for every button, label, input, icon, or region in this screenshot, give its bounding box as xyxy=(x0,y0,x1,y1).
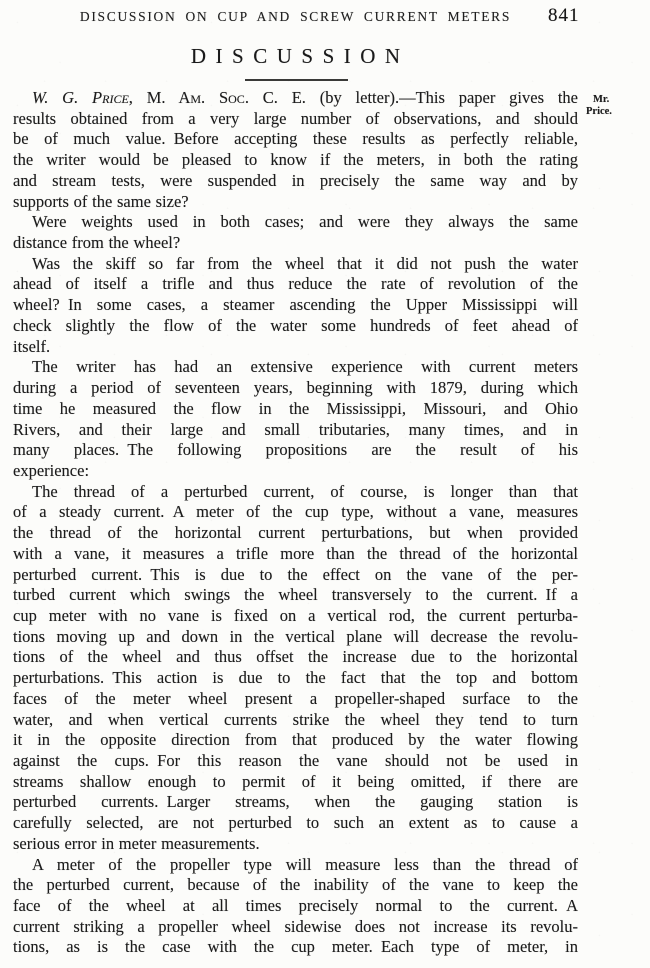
section-title: DISCUSSION xyxy=(13,44,578,69)
text-line: supports of the same size? xyxy=(13,192,578,213)
text-line: and stream tests, were suspended in prec… xyxy=(13,171,578,192)
text-run: The thread of a perturbed current, of co… xyxy=(32,482,578,501)
text-line: the writer would be pleased to know if t… xyxy=(13,150,578,171)
text-run: perturbations. This action is due to the… xyxy=(13,668,578,687)
text-run: current striking a propeller wheel sidew… xyxy=(13,917,578,936)
text-line: itself. xyxy=(13,337,578,358)
margin-note: Mr. Price. xyxy=(586,94,644,117)
text-line: current striking a propeller wheel sidew… xyxy=(13,917,578,938)
text-line: perturbations. This action is due to the… xyxy=(13,668,578,689)
text-line: during a period of seventeen years, begi… xyxy=(13,378,578,399)
text-run: the thread of the horizontal current per… xyxy=(13,523,578,542)
page: DISCUSSION ON CUP AND SCREW CURRENT METE… xyxy=(0,0,650,968)
title-rule xyxy=(245,79,348,81)
text-run: , xyxy=(129,88,147,107)
text-line: serious error in meter measurements. xyxy=(13,834,578,855)
text-run: supports of the same size? xyxy=(13,192,189,211)
text-line: face of the wheel at all times precisely… xyxy=(13,896,578,917)
text-line: be of much value. Before accepting these… xyxy=(13,129,578,150)
margin-note-line: Mr. xyxy=(586,94,644,106)
text-run: face of the wheel at all times precisely… xyxy=(13,896,578,915)
text-line: The thread of a perturbed current, of co… xyxy=(13,482,578,503)
text-line: distance from the wheel? xyxy=(13,233,578,254)
text-line: many places. The following propositions … xyxy=(13,440,578,461)
text-line: Was the skiff so far from the wheel that… xyxy=(13,254,578,275)
text-line: A meter of the propeller type will measu… xyxy=(13,855,578,876)
text-run: perturbed current. This is due to the ef… xyxy=(13,565,578,584)
author-name: W. G. Price xyxy=(32,88,129,107)
text-line: wheel? In some cases, a steamer ascendin… xyxy=(13,295,578,316)
text-line: time he measured the flow in the Mississ… xyxy=(13,399,578,420)
text-line: carefully selected, are not perturbed to… xyxy=(13,813,578,834)
text-line: tions moving up and down in the vertical… xyxy=(13,627,578,648)
text-line: with a vane, it measures a trifle more t… xyxy=(13,544,578,565)
text-line: of a steady current. A meter of the cup … xyxy=(13,502,578,523)
text-line: The writer has had an extensive experien… xyxy=(13,357,578,378)
text-run: cup meter with no vane is fixed on a ver… xyxy=(13,606,578,625)
paragraph: W. G. Price, M. Am. Soc. C. E. (by lette… xyxy=(13,88,578,212)
text-line: it in the opposite direction from that p… xyxy=(13,730,578,751)
text-line: results obtained from a very large numbe… xyxy=(13,109,578,130)
text-run: the writer would be pleased to know if t… xyxy=(13,150,578,169)
text-run: water, and when vertical currents strike… xyxy=(13,710,578,729)
page-number: 841 xyxy=(548,5,580,27)
text-run: of a steady current. A meter of the cup … xyxy=(13,502,578,521)
paragraph: The thread of a perturbed current, of co… xyxy=(13,482,578,855)
text-run: wheel? In some cases, a steamer ascendin… xyxy=(13,295,578,314)
text-run: turbed current which swings the wheel tr… xyxy=(13,585,578,604)
text-line: Rivers, and their large and small tribut… xyxy=(13,420,578,441)
text-run: streams shallow enough to permit of it b… xyxy=(13,772,578,791)
paragraph: Were weights used in both cases; and wer… xyxy=(13,212,578,253)
text-run: against the cups. For this reason the va… xyxy=(13,751,578,770)
text-run: carefully selected, are not perturbed to… xyxy=(13,813,578,832)
margin-note-line: Price. xyxy=(586,106,644,118)
text-line: Were weights used in both cases; and wer… xyxy=(13,212,578,233)
text-run: perturbed currents. Larger streams, when… xyxy=(13,792,578,811)
text-run: tions of the wheel and thus offset the i… xyxy=(13,647,578,666)
text-line: the thread of the horizontal current per… xyxy=(13,523,578,544)
text-run: faces of the meter wheel present a prope… xyxy=(13,689,578,708)
text-line: check slightly the flow of the water som… xyxy=(13,316,578,337)
text-line: water, and when vertical currents strike… xyxy=(13,710,578,731)
text-line: W. G. Price, M. Am. Soc. C. E. (by lette… xyxy=(13,88,578,109)
text-line: tions of the wheel and thus offset the i… xyxy=(13,647,578,668)
text-run: tions, as is the case with the cup meter… xyxy=(13,937,578,956)
text-run: Rivers, and their large and small tribut… xyxy=(13,420,578,439)
paragraph: Was the skiff so far from the wheel that… xyxy=(13,254,578,358)
text-run: A meter of the propeller type will measu… xyxy=(32,855,578,874)
text-run: itself. xyxy=(13,337,50,356)
text-run: during a period of seventeen years, begi… xyxy=(13,378,578,397)
text-line: against the cups. For this reason the va… xyxy=(13,751,578,772)
text-run: ahead of itself a trifle and thus reduce… xyxy=(13,274,578,293)
text-run: and stream tests, were suspended in prec… xyxy=(13,171,578,190)
text-line: cup meter with no vane is fixed on a ver… xyxy=(13,606,578,627)
text-run: The writer has had an extensive experien… xyxy=(32,357,578,376)
text-run: with a vane, it measures a trifle more t… xyxy=(13,544,578,563)
text-run: be of much value. Before accepting these… xyxy=(13,129,578,148)
paragraph: A meter of the propeller type will measu… xyxy=(13,855,578,959)
text-line: the perturbed current, because of the in… xyxy=(13,875,578,896)
text-line: turbed current which swings the wheel tr… xyxy=(13,585,578,606)
text-run: distance from the wheel? xyxy=(13,233,180,252)
text-run: Were weights used in both cases; and wer… xyxy=(32,212,578,231)
text-run: the perturbed current, because of the in… xyxy=(13,875,578,894)
text-line: perturbed currents. Larger streams, when… xyxy=(13,792,578,813)
text-run: Was the skiff so far from the wheel that… xyxy=(32,254,578,273)
paragraph: The writer has had an extensive experien… xyxy=(13,357,578,481)
text-run: check slightly the flow of the water som… xyxy=(13,316,578,335)
text-line: ahead of itself a trifle and thus reduce… xyxy=(13,274,578,295)
text-run: tions moving up and down in the vertical… xyxy=(13,627,578,646)
text-run: experience: xyxy=(13,461,89,480)
text-line: tions, as is the case with the cup meter… xyxy=(13,937,578,958)
text-run: many places. The following propositions … xyxy=(13,440,578,459)
text-line: perturbed current. This is due to the ef… xyxy=(13,565,578,586)
running-title: DISCUSSION ON CUP AND SCREW CURRENT METE… xyxy=(13,9,578,25)
body-paragraphs: W. G. Price, M. Am. Soc. C. E. (by lette… xyxy=(13,88,578,958)
text-line: faces of the meter wheel present a prope… xyxy=(13,689,578,710)
text-line: streams shallow enough to permit of it b… xyxy=(13,772,578,793)
text-run: time he measured the flow in the Mississ… xyxy=(13,399,578,418)
text-line: experience: xyxy=(13,461,578,482)
text-run: serious error in meter measurements. xyxy=(13,834,260,853)
text-run: (by letter).—This paper gives the xyxy=(306,88,578,107)
text-run: it in the opposite direction from that p… xyxy=(13,730,578,749)
text-run: M. Am. Soc. C. E. xyxy=(147,88,306,107)
text-run: results obtained from a very large numbe… xyxy=(13,109,578,128)
